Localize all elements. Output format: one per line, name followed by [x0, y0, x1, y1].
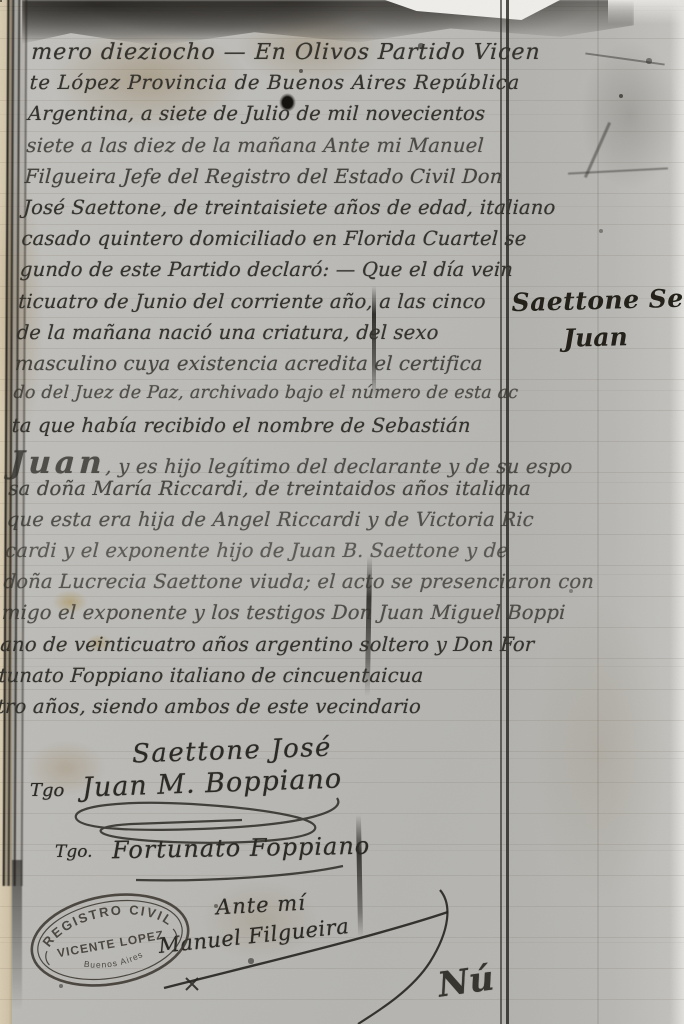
paper-stain [530, 600, 670, 900]
fold-crease [372, 286, 376, 398]
entry-line: tunato Foppiano italiano de cincuentaicu… [0, 664, 477, 695]
next-entry-fragment: Nú [435, 958, 496, 1005]
paper-stain [580, 40, 680, 190]
entry-line: ticuatro de Junio del corriente año, a l… [17, 290, 497, 321]
page-left-edge [0, 0, 12, 1024]
stamp-line3: Buenos Aires [82, 948, 146, 973]
entry-line: que esta era hija de Angel Riccardi y de… [6, 508, 486, 539]
scratch-mark [584, 122, 611, 178]
ink-blot [279, 93, 296, 112]
entry-line: Juan, y es hijo legítimo del declarante … [9, 445, 489, 476]
binding-edge-shadow [3, 0, 34, 886]
entry-line: doña Lucrecia Saettone viuda; el acto se… [3, 570, 483, 601]
scratch-mark [585, 52, 664, 65]
entry-line: de la mañana nació una criatura, del sex… [16, 321, 496, 352]
top-right-highlight [608, 0, 684, 24]
margin-crease [597, 0, 599, 1024]
entry-line: migo el exponente y los testigos Don Jua… [1, 601, 481, 632]
margin-note-given-name: Juan [512, 321, 679, 354]
entry-line: casado quintero domiciliado en Florida C… [21, 227, 501, 258]
entry-line: Filgueira Jefe del Registro del Estado C… [24, 165, 504, 196]
witness-prefix: Tgo. [55, 842, 93, 862]
entry-line: ta que había recibido el nombre de Sebas… [11, 414, 491, 445]
entry-line: mero dieziocho — En Olivos Partido Vicen [30, 40, 510, 71]
svg-text:Buenos Aires: Buenos Aires [82, 948, 146, 973]
page-corner-notch [385, 0, 560, 20]
entry-line: Argentina, a siete de Julio de mil novec… [27, 102, 507, 133]
scratch-mark [568, 167, 668, 174]
entry-line: do del Juez de Paz, archivado bajo el nú… [12, 383, 492, 414]
entry-line: sa doña María Riccardi, de treintaidos a… [7, 477, 487, 508]
margin-column-background [506, 0, 684, 1024]
margin-note-surname: Saettone Seba [511, 284, 678, 317]
margin-rule-lines [498, 0, 512, 1024]
entry-line: siete a las diez de la mañana Ante mi Ma… [25, 134, 505, 165]
signature-witness-2: Fortunato Foppiano [112, 832, 371, 865]
paper-stain [86, 634, 112, 652]
scanned-registry-page: mero dieziocho — En Olivos Partido Vicen… [0, 0, 684, 1024]
entry-line: masculino cuya existencia acredita el ce… [14, 352, 494, 383]
entry-line: ano de veinticuatro años argentino solte… [0, 633, 479, 664]
entry-text: mero dieziocho — En Olivos Partido Vicen… [0, 40, 510, 726]
entry-line: José Saettone, de treintaisiete años de … [22, 196, 502, 227]
witness-prefix: Tgo [30, 780, 64, 801]
fold-crease [365, 556, 372, 696]
paper-stain [0, 170, 44, 450]
margin-note: Saettone Seba Juan [511, 284, 679, 354]
top-smudge-band [22, 0, 634, 46]
entry-line: te López Provincia de Buenos Aires Repúb… [29, 71, 509, 102]
binding-edge-tail [12, 860, 22, 1010]
paper-specks [0, 0, 2, 2]
paper-stain [52, 590, 88, 614]
entry-line: gundo de este Partido declaró: — Que el … [19, 258, 499, 289]
registrar-flourish [140, 878, 480, 1024]
paper-stain [48, 26, 248, 130]
entry-line: tro años, siendo ambos de este vecindari… [0, 695, 476, 726]
paper-stain [236, 10, 386, 84]
entry-line: cardi y el exponente hijo de Juan B. Sae… [4, 539, 484, 570]
